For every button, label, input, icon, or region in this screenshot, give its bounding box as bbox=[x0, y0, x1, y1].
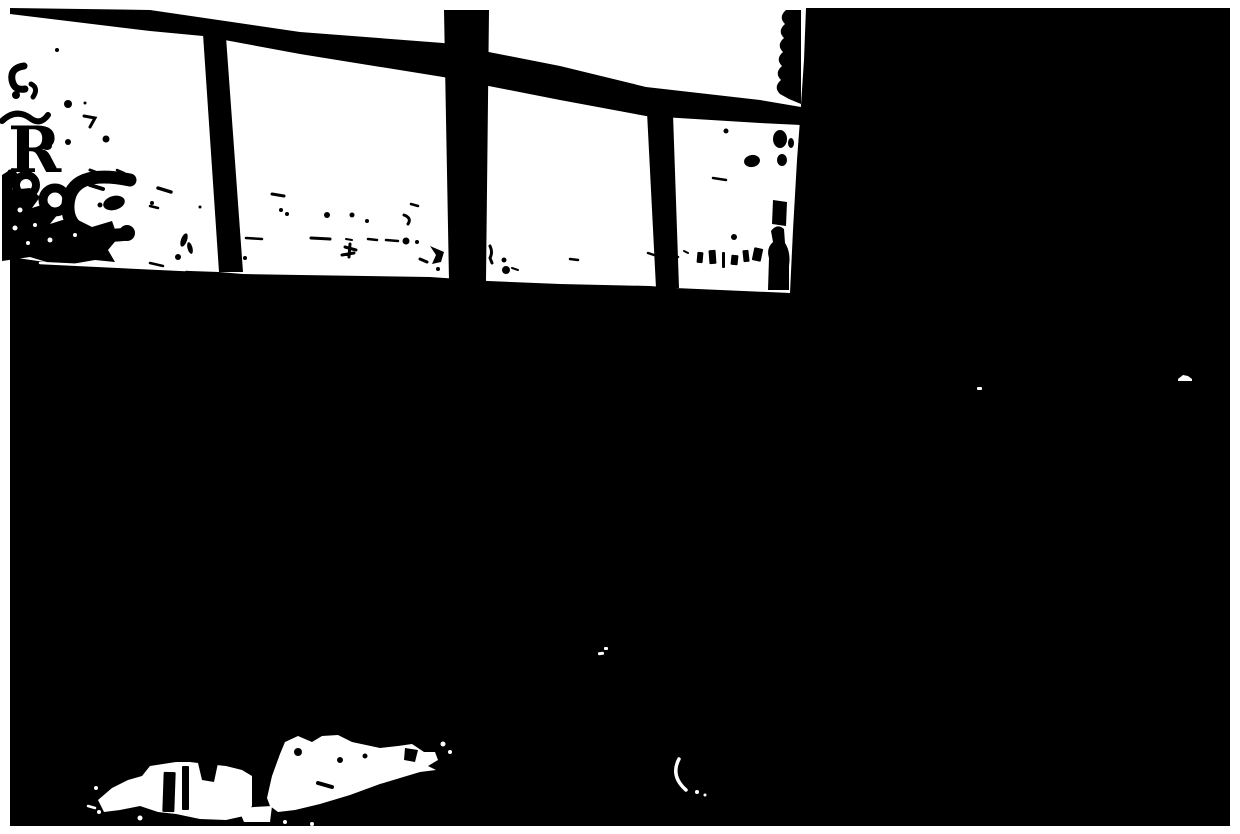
right-edge-blob-2 bbox=[777, 154, 787, 166]
pane1-speck-c bbox=[84, 102, 87, 105]
floor-patch-right-dot-2 bbox=[363, 754, 368, 759]
pane2-dot-7 bbox=[243, 256, 247, 260]
floor-speckle-3 bbox=[110, 806, 114, 810]
chair-rim-dot-1 bbox=[695, 790, 699, 794]
floor-bridge bbox=[238, 806, 272, 822]
pane1-dot-4 bbox=[98, 203, 103, 208]
mass-speck-2 bbox=[33, 223, 37, 227]
pane2-sillrow-3 bbox=[346, 239, 352, 240]
pane2-blob-1 bbox=[403, 238, 410, 245]
floor-patch-right-dot-1 bbox=[337, 757, 343, 763]
lettering-curl-dot bbox=[12, 91, 20, 99]
floor-speckle-11 bbox=[283, 820, 287, 824]
right-edge-speck bbox=[788, 138, 794, 148]
floor-speckle-12 bbox=[310, 822, 314, 826]
pane2-dot-8 bbox=[436, 267, 440, 271]
floor-speckle-2 bbox=[102, 798, 107, 803]
floor-speckle-9 bbox=[441, 742, 446, 747]
floor-patch-left-hole-2 bbox=[167, 795, 173, 801]
pane3-hook bbox=[490, 246, 492, 263]
pane2-dot-3 bbox=[324, 212, 330, 218]
floor-speckle-1 bbox=[94, 786, 98, 790]
floor-patch-left-strip-2 bbox=[182, 766, 189, 810]
pane1-dot-1 bbox=[103, 136, 110, 143]
page: R bbox=[0, 0, 1240, 834]
pane2-dot-4 bbox=[350, 213, 355, 218]
mass-speck-3 bbox=[48, 238, 53, 243]
mass-speck-5 bbox=[73, 233, 77, 237]
sill-glyph-1 bbox=[697, 252, 704, 263]
pane2-dot-2 bbox=[285, 212, 289, 216]
pane2-sillrow-1 bbox=[246, 238, 262, 239]
pane2-dash-1 bbox=[272, 194, 284, 196]
mass-speck-4 bbox=[26, 241, 30, 245]
pane2-dot-6 bbox=[415, 240, 419, 244]
mid-speck-pair-2 bbox=[604, 647, 608, 650]
pane4-dot-mid bbox=[731, 234, 737, 240]
floor-patch-left-hole-1 bbox=[166, 778, 171, 783]
sill-glyph-5 bbox=[742, 250, 749, 263]
pane1-dot-3 bbox=[106, 171, 110, 175]
pane1-dot-6 bbox=[150, 201, 154, 205]
chair-rim-dot-2 bbox=[704, 794, 707, 797]
pane1-speck-b bbox=[64, 100, 72, 108]
floor-patch-right-hole-1 bbox=[294, 748, 302, 756]
right-area-speck-1 bbox=[977, 387, 982, 390]
floor-speckle-6 bbox=[97, 810, 101, 814]
pane1-dot-5 bbox=[199, 206, 202, 209]
pane2-dot-1 bbox=[279, 208, 283, 212]
floor-speckle-5 bbox=[128, 788, 133, 793]
pane1-dot-7 bbox=[175, 254, 181, 260]
sill-glyph-3 bbox=[722, 252, 725, 268]
pane3-dash-2 bbox=[570, 259, 578, 260]
floor-speckle-7 bbox=[138, 816, 143, 821]
sill-glyph-4 bbox=[730, 255, 738, 266]
mass-speck-6 bbox=[13, 226, 18, 231]
pane3-dot-1 bbox=[502, 258, 507, 263]
pane1-dot-2 bbox=[65, 139, 71, 145]
right-edge-blob-3 bbox=[772, 200, 787, 226]
ornament-c-ball bbox=[119, 225, 135, 241]
floor-speckle-10 bbox=[448, 750, 452, 754]
pane3-blob bbox=[502, 266, 510, 274]
floor-speckle-4 bbox=[119, 793, 125, 799]
mass-speck-1 bbox=[18, 208, 23, 213]
pane1-speck-a bbox=[55, 48, 59, 52]
pane2-sillrow-2 bbox=[311, 238, 330, 239]
pane4-dot-top bbox=[724, 129, 729, 134]
right-edge-blob-1 bbox=[773, 130, 787, 148]
mullion-post-2 bbox=[444, 10, 489, 281]
pane2-dot-5 bbox=[365, 219, 369, 223]
pane2-sillrow-5 bbox=[386, 240, 398, 241]
sill-glyph-2 bbox=[709, 250, 717, 264]
pane2-sillrow-4 bbox=[368, 239, 377, 240]
pane1-blob bbox=[42, 142, 52, 150]
binarized-window-photograph: R bbox=[0, 0, 1240, 834]
